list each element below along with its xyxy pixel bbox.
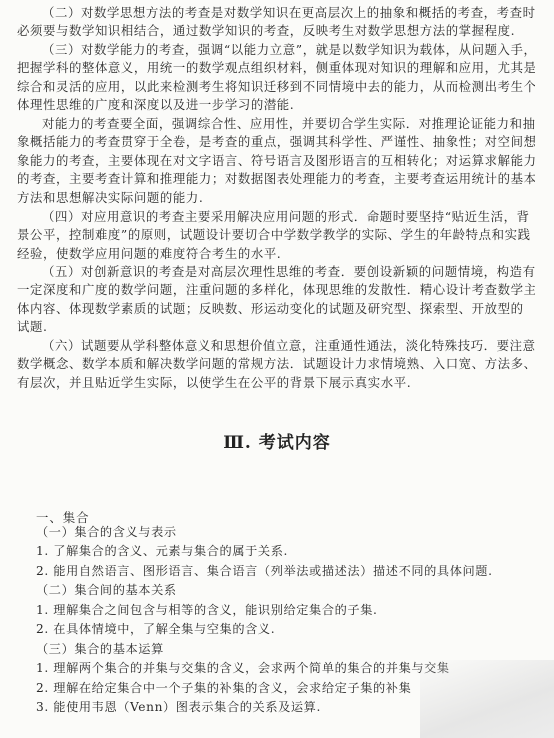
- text-line: 必须要与数学知识相结合，通过数学知识的考查，反映考生对数学思想方法的掌握程度.: [17, 22, 535, 40]
- text-line: （四）对应用意识的考查主要采用解决应用问题的形式．命题时要坚持“贴近生活，背: [17, 208, 535, 226]
- outline-subsection: （一）集合的含义与表示: [36, 523, 177, 543]
- text-line: 象概括能力的考查贯穿于全卷，是考查的重点，强调其科学性、严谨性、抽象性；对空间想: [17, 133, 535, 151]
- paragraph-test-design: （六）试题要从学科整体意义和思想价值立意，注重通性通法，淡化特殊技巧．要注意 数…: [17, 337, 535, 392]
- text-line: （五）对创新意识的考查是对高层次理性思维的考查．要创设新颖的问题情境，构造有: [17, 263, 535, 281]
- text-line: 数学概念、数学本质和解决数学问题的常规方法．试题设计力求情境熟、入口宽、方法多、: [17, 355, 535, 373]
- outline-item: 1. 了解集合的含义、元素与集合的属于关系.: [36, 542, 288, 562]
- text-line: 象能力的考查，主要体现在对文字语言、符号语言及图形语言的互相转化；对运算求解能力: [17, 152, 535, 170]
- text-line: 一定深度和广度的数学问题，注重问题的多样化，体现思维的发散性．精心设计考查数学主: [17, 281, 535, 299]
- outline-item: 2. 理解在给定集合中一个子集的补集的含义，会求给定子集的补集: [36, 679, 411, 699]
- text-line: 试题.: [17, 318, 535, 336]
- paragraph-math-ability: （三）对数学能力的考查，强调“以能力立意”，就是以数学知识为载体，从问题入手， …: [17, 41, 535, 115]
- outline-item: 2. 在具体情境中，了解全集与空集的含义.: [36, 620, 275, 640]
- outline-item: 1. 理解集合之间包含与相等的含义，能识别给定集合的子集.: [36, 601, 377, 621]
- text-line: 对能力的考查要全面，强调综合性、应用性，并要切合学生实际．对推理论证能力和抽: [17, 115, 535, 133]
- text-line: 有层次，并且贴近学生实际，以使学生在公平的背景下展示真实水平.: [17, 374, 535, 392]
- document-page: （二）对数学思想方法的考查是对数学知识在更高层次上的抽象和概括的考查，考查时 必…: [0, 0, 554, 738]
- text-line: 把握学科的整体意义，用统一的数学观点组织材料，侧重体现对知识的理解和应用，尤其是: [17, 59, 535, 77]
- paragraph-thinking-methods: （二）对数学思想方法的考查是对数学知识在更高层次上的抽象和概括的考查，考查时 必…: [17, 4, 535, 41]
- outline-subsection: （二）集合间的基本关系: [36, 581, 177, 601]
- paragraph-application-awareness: （四）对应用意识的考查主要采用解决应用问题的形式．命题时要坚持“贴近生活，背 景…: [17, 208, 535, 263]
- paragraph-ability-assessment: 对能力的考查要全面，强调综合性、应用性，并要切合学生实际．对推理论证能力和抽 象…: [17, 115, 535, 207]
- paragraph-innovation-awareness: （五）对创新意识的考查是对高层次理性思维的考查．要创设新颖的问题情境，构造有 一…: [17, 263, 535, 337]
- scan-smudge: [420, 660, 554, 738]
- text-line: 的考查，主要考查计算和推理能力；对数据图表处理能力的考查，主要考查运用统计的基本: [17, 170, 535, 188]
- text-line: 方法和思想解决实际问题的能力.: [17, 189, 535, 207]
- text-line: （二）对数学思想方法的考查是对数学知识在更高层次上的抽象和概括的考查，考查时: [17, 4, 535, 22]
- text-line: 景公平，控制难度”的原则，试题设计要切合中学数学教学的实际、学生的年龄特点和实践: [17, 226, 535, 244]
- outline-item: 3. 能使用韦恩（Venn）图表示集合的关系及运算.: [36, 698, 321, 718]
- section-heading: Ⅲ. 考试内容: [0, 428, 554, 453]
- text-line: （六）试题要从学科整体意义和思想价值立意，注重通性通法，淡化特殊技巧．要注意: [17, 337, 535, 355]
- text-line: 经验，使数学应用问题的难度符合考生的水平.: [17, 245, 535, 263]
- text-line: 综合和灵活的应用，以此来检测考生将知识迁移到不同情境中去的能力，从而检测出考生个: [17, 78, 535, 96]
- text-line: 体内容、体现数学素质的试题；反映数、形运动变化的试题及研究型、探索型、开放型的: [17, 300, 535, 318]
- text-line: （三）对数学能力的考查，强调“以能力立意”，就是以数学知识为载体，从问题入手，: [17, 41, 535, 59]
- outline-item: 2. 能用自然语言、图形语言、集合语言（列举法或描述法）描述不同的具体问题.: [36, 562, 493, 582]
- outline-subsection: （三）集合的基本运算: [36, 640, 164, 660]
- text-line: 体理性思维的广度和深度以及进一步学习的潜能.: [17, 96, 535, 114]
- outline-item: 1. 理解两个集合的并集与交集的含义，会求两个简单的集合的并集与交集: [36, 659, 450, 679]
